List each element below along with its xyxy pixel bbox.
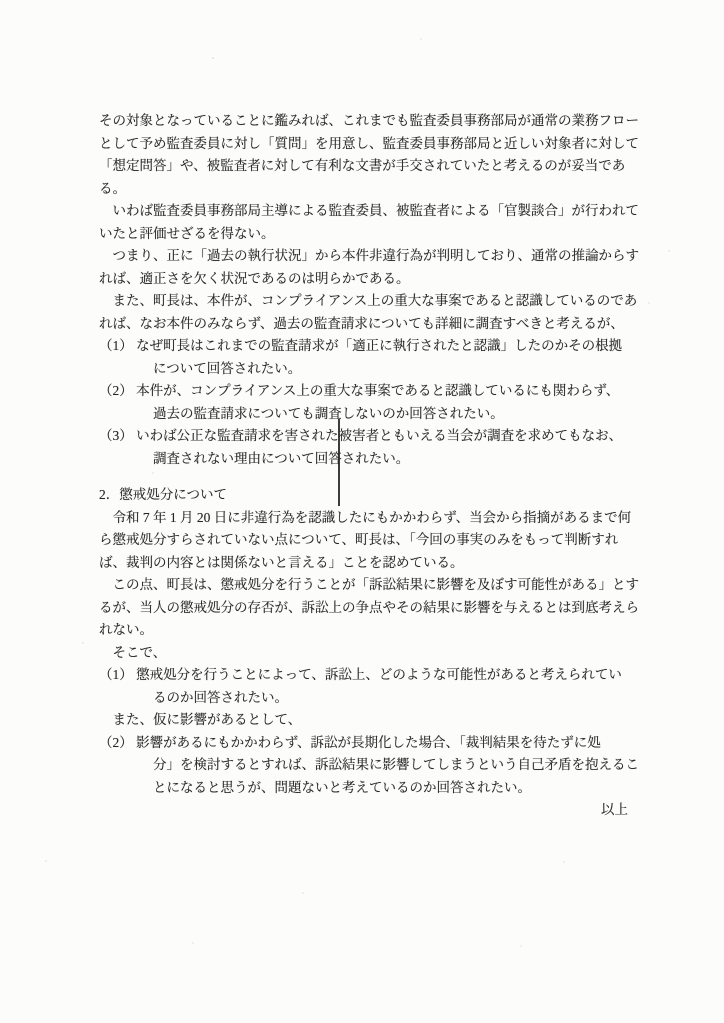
text-line: 「想定問答」や、被監査者に対して有利な文書が手交されていたと考えるのが妥当であ <box>99 155 640 178</box>
text-line: この点、町長は、懲戒処分を行うことが「訴訟結果に影響を及ぼす可能性がある」とす <box>99 574 640 597</box>
text-line: また、町長は、本件が、コンプライアンス上の重大な事案であると認識しているのであ <box>99 290 640 313</box>
list-item-line: （1） なぜ町長はこれまでの監査請求が「適正に執行されたと認識」したのかその根拠 <box>99 335 640 358</box>
text-line: として予め監査委員に対し「質問」を用意し、監査委員事務部局と近しい対象者に対して <box>99 133 640 156</box>
text-line: そこで、 <box>99 642 640 665</box>
text-line: いたと評価せざるを得ない。 <box>99 223 640 246</box>
text-line: る。 <box>99 178 640 201</box>
list-item-line: 分」を検討するとすれば、訴訟結果に影響してしまうという自己矛盾を抱えるこ <box>99 754 640 777</box>
list-item-line: 過去の監査請求についても調査しないのか回答されたい。 <box>99 403 640 426</box>
scan-noise-speckles <box>0 0 2 2</box>
section-heading: 2．懲戒処分について <box>99 484 640 507</box>
scanned-document-page: その対象となっていることに鑑みれば、これまでも監査委員事務部局が通常の業務フロー… <box>0 0 724 1023</box>
section-gap <box>99 470 640 484</box>
text-line: また、仮に影響があるとして、 <box>99 709 640 732</box>
list-item-line: 調査されない理由について回答されたい。 <box>99 448 640 471</box>
text-line: れない。 <box>99 619 640 642</box>
list-item-line: るのか回答されたい。 <box>99 687 640 710</box>
list-item-line: （2） 本件が、コンプライアンス上の重大な事案であると認識しているにも関わらず、 <box>99 380 640 403</box>
document-text-block: その対象となっていることに鑑みれば、これまでも監査委員事務部局が通常の業務フロー… <box>99 110 640 822</box>
list-item-line: （3） いわば公正な監査請求を害された被害者ともいえる当会が調査を求めてもなお、 <box>99 425 640 448</box>
list-item-line: について回答されたい。 <box>99 358 640 381</box>
text-line: ば、裁判の内容とは関係ないと言える」ことを認めている。 <box>99 552 640 575</box>
list-item-line: （2） 影響があるにもかかわらず、訴訟が長期化した場合、「裁判結果を待たずに処 <box>99 732 640 755</box>
list-item-line: （1） 懲戒処分を行うことによって、訴訟上、どのような可能性があると考えられてい <box>99 664 640 687</box>
text-line: いわば監査委員事務部局主導による監査委員、被監査者による「官製談合」が行われて <box>99 200 640 223</box>
text-line: 令和 7 年 1 月 20 日に非違行為を認識したにもかかわらず、当会から指摘が… <box>99 507 640 530</box>
closing-mark: 以上 <box>99 799 640 822</box>
list-item-line: とになると思うが、問題ないと考えているのか回答されたい。 <box>99 777 640 800</box>
text-line: るが、当人の懲戒処分の存否が、訴訟上の争点やその結果に影響を与えるとは到底考えら <box>99 597 640 620</box>
text-line: れば、適正さを欠く状況であるのは明らかである。 <box>99 268 640 291</box>
text-line: その対象となっていることに鑑みれば、これまでも監査委員事務部局が通常の業務フロー <box>99 110 640 133</box>
text-line: ら懲戒処分すらされていない点について、町長は、「今回の事実のみをもって判断すれ <box>99 529 640 552</box>
text-line: れば、なお本件のみならず、過去の監査請求についても詳細に調査すべきと考えるが、 <box>99 313 640 336</box>
text-line: つまり、正に「過去の執行状況」から本件非違行為が判明しており、通常の推論からす <box>99 245 640 268</box>
